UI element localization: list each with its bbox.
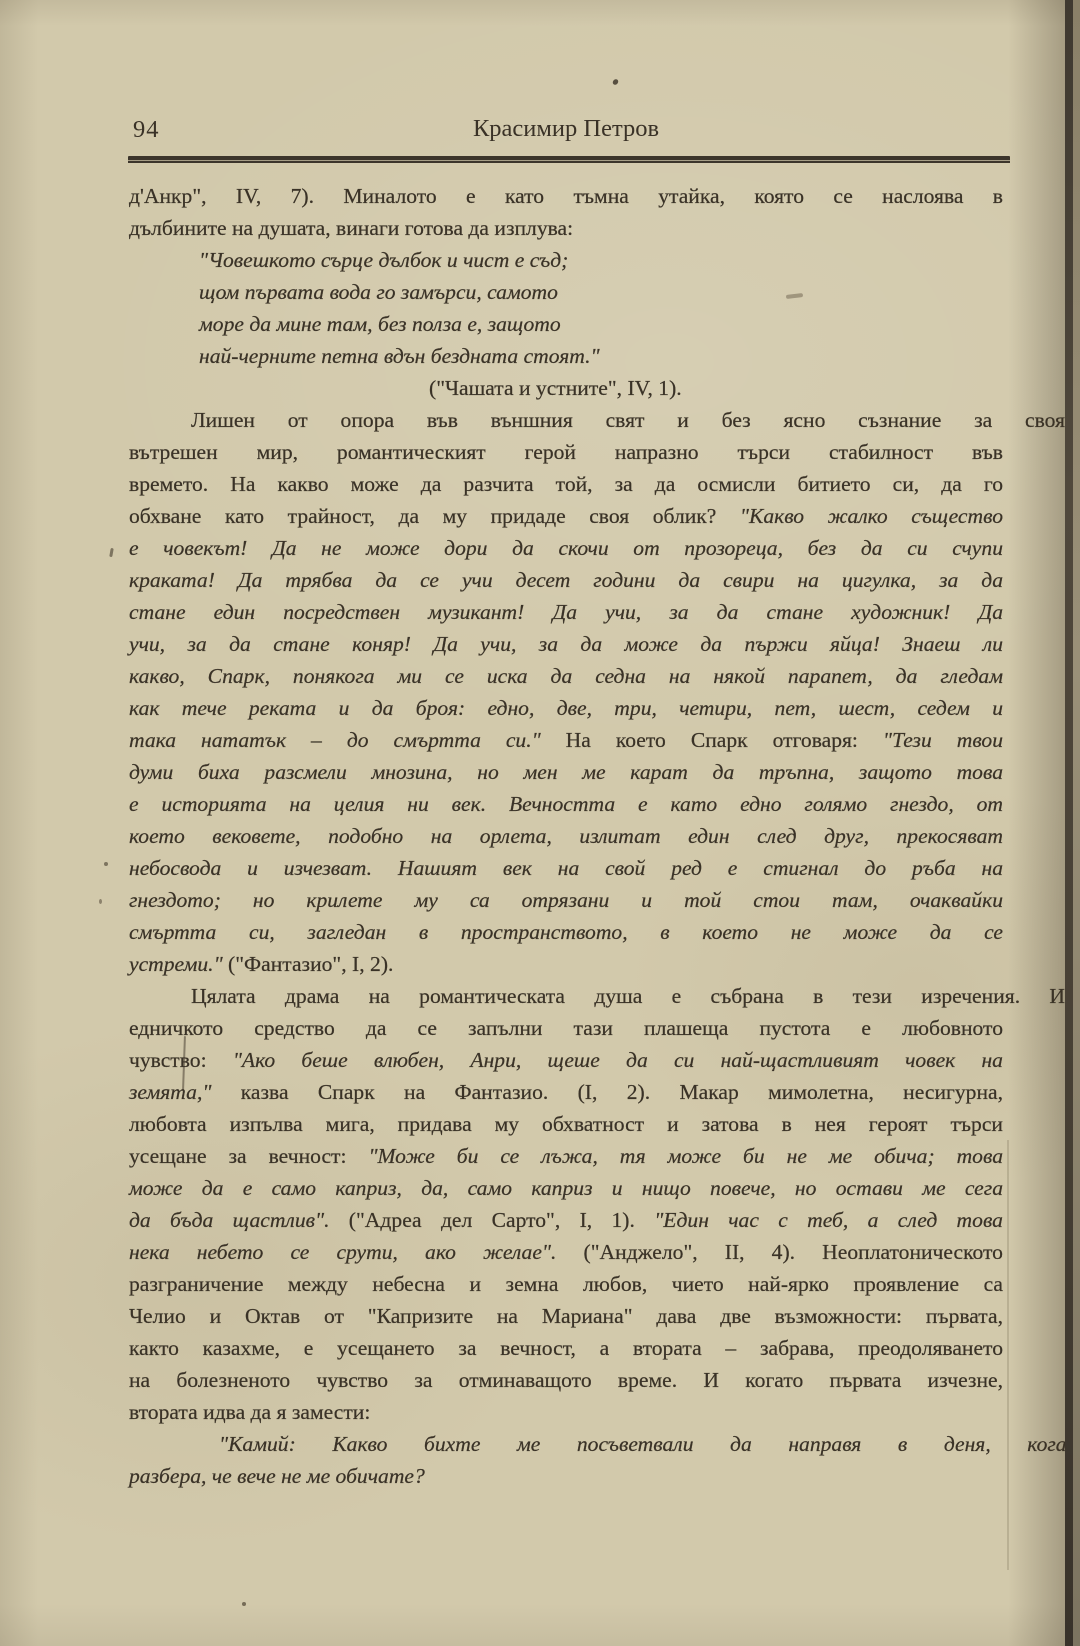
text-line: Лишен от опора във външния свят и без яс… <box>129 404 1065 436</box>
text-line: обхване като трайност, да му придаде сво… <box>129 500 1003 532</box>
text-line: краката! Да трябва да се учи десет годин… <box>129 564 1003 596</box>
text-segment: как тече реката и да броя: едно, две, тр… <box>129 696 1003 720</box>
text-segment: Челио и Октав от "Капризите на Мариана" … <box>129 1304 1003 1328</box>
text-segment: "Човешкото сърце дълбок и чист е съд; <box>199 248 568 272</box>
text-segment: което вековете, подобно на орлета, излит… <box>129 824 1003 848</box>
text-line: може да е само каприз, да, само каприз и… <box>129 1172 1003 1204</box>
text-line: какво, Спарк, понякога ми се иска да сед… <box>129 660 1003 692</box>
text-segment: разграничение между небесна и земна любо… <box>129 1272 1003 1296</box>
text-line: гнездото; но крилете му са отрязани и то… <box>129 884 1003 916</box>
text-segment: ("Чашата и устните", IV, 1). <box>429 376 682 400</box>
text-line: д'Анкр", IV, 7). Миналото е като тъмна у… <box>129 180 1003 212</box>
scan-speck <box>242 1602 246 1606</box>
text-line: едничкото средство да се запълни тази пл… <box>129 1012 1003 1044</box>
page-edge-line <box>1065 0 1073 1646</box>
text-line: така нататък – до смъртта си." На което … <box>129 724 1003 756</box>
text-line: най-черните петна вдън бездната стоят." <box>129 340 1073 372</box>
text-segment: "Може би се лъжа, тя може би не ме обича… <box>368 1144 1003 1168</box>
scan-speck <box>104 862 108 866</box>
text-line: е историята на целия ни век. Вечността е… <box>129 788 1003 820</box>
text-segment: думи биха разсмели мнозина, но мен ме ка… <box>129 760 1003 784</box>
text-line: "Човешкото сърце дълбок и чист е съд; <box>129 244 1073 276</box>
text-segment: "Какво жалко същество <box>740 504 1003 528</box>
text-segment: "Един час с теб, а след това <box>654 1208 1003 1232</box>
text-line: времето. На какво може да разчита той, з… <box>129 468 1003 500</box>
text-segment: обхване като трайност, да му придаде сво… <box>129 504 740 528</box>
scanned-page: 94 Красимир Петров д'Анкр", IV, 7). Мина… <box>0 0 1080 1646</box>
text-line: ("Чашата и устните", IV, 1). <box>129 372 1080 404</box>
text-segment: д'Анкр", IV, 7). Миналото е като тъмна у… <box>129 184 1003 208</box>
text-segment: какво, Спарк, понякога ми се иска да сед… <box>129 664 1003 688</box>
text-segment: може да е само каприз, да, само каприз и… <box>129 1176 1003 1200</box>
page-edge-outer <box>1073 0 1080 1646</box>
text-segment: втората идва да я замести: <box>129 1400 370 1424</box>
text-line: както казахме, е усещането за вечност, а… <box>129 1332 1003 1364</box>
text-line: разбера, че вече не ме обичате? <box>129 1460 1003 1492</box>
text-line: Цялата драма на романтическата душа е съ… <box>129 980 1065 1012</box>
text-line: любовта изпълва мига, придава му обхватн… <box>129 1108 1003 1140</box>
text-segment: ("Фантазио", I, 2). <box>223 952 394 976</box>
text-line: усещане за вечност: "Може би се лъжа, тя… <box>129 1140 1003 1172</box>
text-segment: земята," <box>129 1080 211 1104</box>
text-line: вътрешен мир, романтическият герой напра… <box>129 436 1003 468</box>
text-line: учи, за да стане коняр! Да учи, за да мо… <box>129 628 1003 660</box>
text-segment: Лишен от опора във външния свят и без яс… <box>191 408 1065 432</box>
text-line: земята," казва Спарк на Фантазио. (I, 2)… <box>129 1076 1003 1108</box>
body-text: д'Анкр", IV, 7). Миналото е като тъмна у… <box>129 0 1003 1646</box>
text-segment: "Тези твои <box>883 728 1003 752</box>
text-line: стане един посредствен музикант! Да учи,… <box>129 596 1003 628</box>
text-segment: "Камий: Какво бихте ме посъветвали да на… <box>219 1432 1080 1456</box>
text-line: смъртта си, загледан в пространството, в… <box>129 916 1003 948</box>
text-segment: Цялата драма на романтическата душа е съ… <box>191 984 1065 1008</box>
text-line: втората идва да я замести: <box>129 1396 1003 1428</box>
text-segment: е човекът! Да не може дори да скочи от п… <box>129 536 1003 560</box>
text-segment: дълбините на душата, винаги готова да из… <box>129 216 573 240</box>
text-line: разграничение между небесна и земна любо… <box>129 1268 1003 1300</box>
page-edge-shadow <box>1008 0 1066 1646</box>
text-segment: ("Адреа дел Сарто", I, 1). <box>329 1208 654 1232</box>
text-segment: море да мине там, без полза е, защото <box>199 312 561 336</box>
text-line: Челио и Октав от "Капризите на Мариана" … <box>129 1300 1003 1332</box>
text-segment: едничкото средство да се запълни тази пл… <box>129 1016 1003 1040</box>
text-line: дълбините на душата, винаги готова да из… <box>129 212 1003 244</box>
text-line: как тече реката и да броя: едно, две, тр… <box>129 692 1003 724</box>
text-line: небосвода и изчезват. Нашият век на свой… <box>129 852 1003 884</box>
text-line: думи биха разсмели мнозина, но мен ме ка… <box>129 756 1003 788</box>
text-segment: небосвода и изчезват. Нашият век на свой… <box>129 856 1003 880</box>
text-segment: е историята на целия ни век. Вечността е… <box>129 792 1003 816</box>
text-segment: щом първата вода го замърси, самото <box>199 280 558 304</box>
text-segment: гнездото; но крилете му са отрязани и то… <box>129 888 1003 912</box>
text-segment: устреми." <box>129 952 223 976</box>
text-segment: смъртта си, загледан в пространството, в… <box>129 920 1003 944</box>
text-line: да бъда щастлив". ("Адреа дел Сарто", I,… <box>129 1204 1003 1236</box>
text-line: чувство: "Ако беше влюбен, Анри, щеше да… <box>129 1044 1003 1076</box>
text-segment: казва Спарк на Фантазио. (I, 2). Макар м… <box>211 1080 1003 1104</box>
text-segment: на болезненото чувство за отминаващото в… <box>129 1368 1003 1392</box>
text-segment: краката! Да трябва да се учи десет годин… <box>129 568 1003 592</box>
text-segment: както казахме, е усещането за вечност, а… <box>129 1336 1003 1360</box>
text-segment: "Ако беше влюбен, Анри, щеше да си най-щ… <box>233 1048 1003 1072</box>
text-segment: да бъда щастлив". <box>129 1208 329 1232</box>
text-line: устреми." ("Фантазио", I, 2). <box>129 948 1003 980</box>
text-line: което вековете, подобно на орлета, излит… <box>129 820 1003 852</box>
text-line: щом първата вода го замърси, самото <box>129 276 1073 308</box>
text-segment: На което Спарк отговаря: <box>541 728 883 752</box>
text-line: море да мине там, без полза е, защото <box>129 308 1073 340</box>
text-segment: вътрешен мир, романтическият герой напра… <box>129 440 1003 464</box>
text-segment: любовта изпълва мига, придава му обхватн… <box>129 1112 1003 1136</box>
text-segment: времето. На какво може да разчита той, з… <box>129 472 1003 496</box>
text-line: е човекът! Да не може дори да скочи от п… <box>129 532 1003 564</box>
scan-speck <box>109 548 114 557</box>
text-segment: нека небето се срути, ако желае". <box>129 1240 556 1264</box>
text-segment: разбера, че вече не ме обичате? <box>129 1464 425 1488</box>
text-line: на болезненото чувство за отминаващото в… <box>129 1364 1003 1396</box>
scan-speck <box>99 899 102 904</box>
text-line: нека небето се срути, ако желае". ("Андж… <box>129 1236 1003 1268</box>
text-segment: чувство: <box>129 1048 233 1072</box>
text-segment: стане един посредствен музикант! Да учи,… <box>129 600 1003 624</box>
text-line: "Камий: Какво бихте ме посъветвали да на… <box>129 1428 1080 1460</box>
text-segment: ("Анджело", II, 4). Неоплатоническото <box>556 1240 1003 1264</box>
text-segment: така нататък – до смъртта си." <box>129 728 541 752</box>
text-segment: усещане за вечност: <box>129 1144 368 1168</box>
text-segment: учи, за да стане коняр! Да учи, за да мо… <box>129 632 1003 656</box>
text-segment: най-черните петна вдън бездната стоят." <box>199 344 600 368</box>
